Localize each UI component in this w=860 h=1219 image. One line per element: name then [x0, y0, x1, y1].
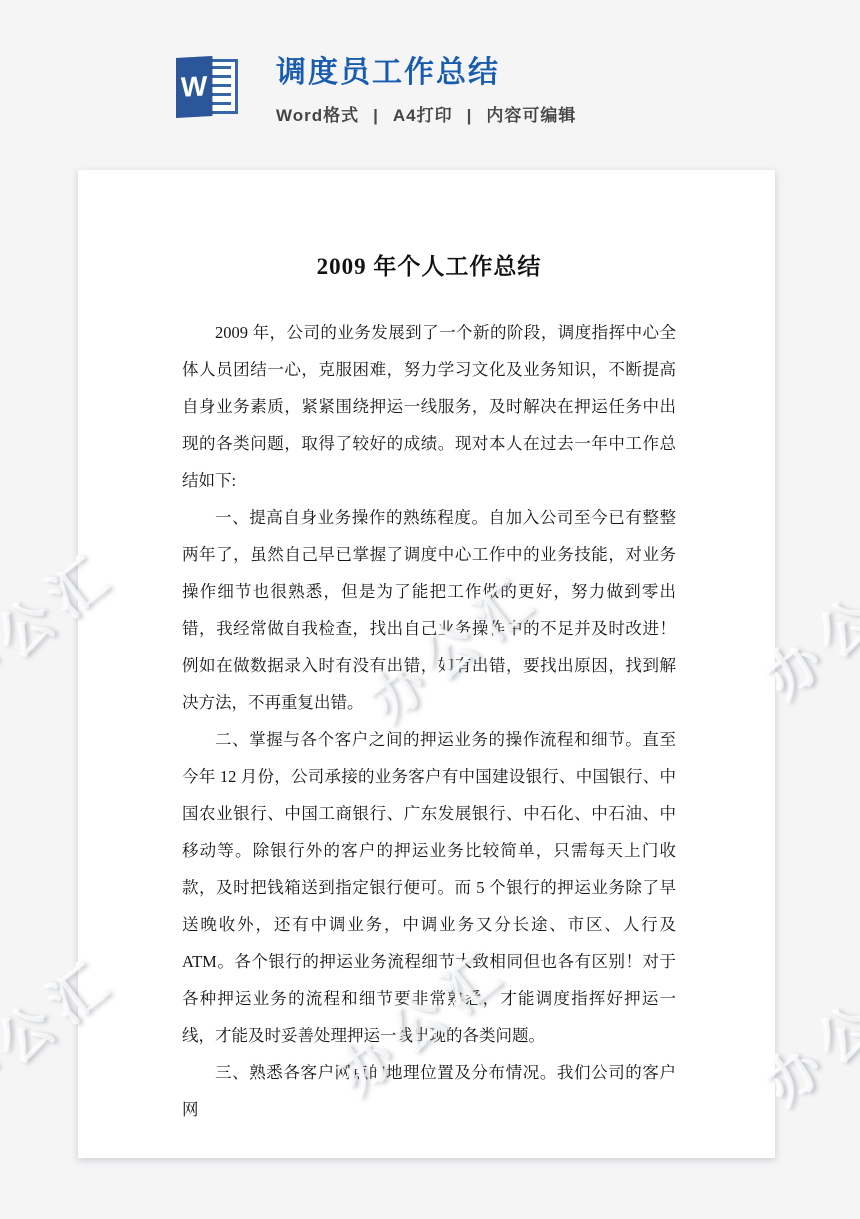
document-body: 2009 年，公司的业务发展到了一个新的阶段，调度指挥中心全体人员团结一心，克服…: [182, 314, 676, 1128]
paragraph-section-1: 一、提高自身业务操作的熟练程度。自加入公司至今已有整整两年了，虽然自己早已掌握了…: [182, 499, 676, 721]
header-text-block: 调度员工作总结 Word格式|A4打印|内容可编辑: [276, 56, 576, 126]
word-icon-letter: W: [181, 72, 207, 101]
separator: |: [467, 106, 473, 125]
page-title: 调度员工作总结: [276, 56, 576, 90]
format-info: Word格式|A4打印|内容可编辑: [276, 101, 576, 126]
separator: |: [373, 106, 379, 125]
format-word: Word格式: [276, 106, 359, 125]
format-a4: A4打印: [393, 106, 453, 125]
word-logo-icon: W: [176, 56, 238, 118]
word-icon-front: W: [176, 56, 212, 118]
document-title: 2009 年个人工作总结: [182, 248, 676, 281]
paragraph-section-2: 二、掌握与各个客户之间的押运业务的操作流程和细节。直至今年 12 月份，公司承接…: [182, 721, 676, 1054]
format-editable: 内容可编辑: [486, 106, 576, 125]
paragraph-section-3: 三、熟悉各客户网点的地理位置及分布情况。我们公司的客户网: [182, 1054, 676, 1128]
document-page: 2009 年个人工作总结 2009 年，公司的业务发展到了一个新的阶段，调度指挥…: [78, 170, 775, 1158]
paragraph-intro: 2009 年，公司的业务发展到了一个新的阶段，调度指挥中心全体人员团结一心，克服…: [182, 314, 676, 499]
site-header: W 调度员工作总结 Word格式|A4打印|内容可编辑: [176, 56, 576, 126]
